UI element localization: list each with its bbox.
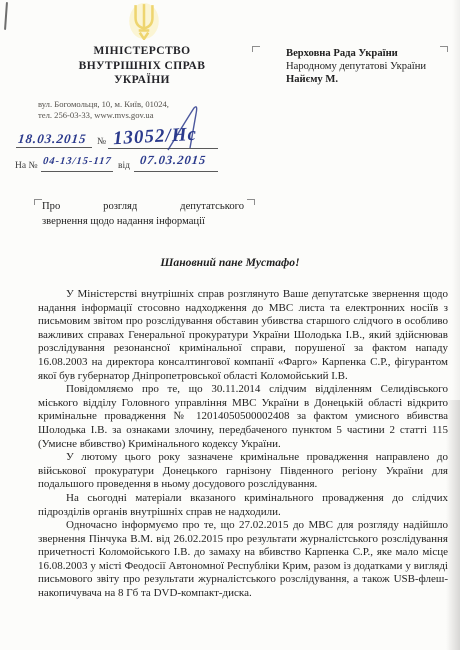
date-underline bbox=[16, 147, 92, 148]
subject-block: Про розгляд депутатського звернення щодо… bbox=[42, 200, 244, 229]
ministry-name-line3: УКРАЇНИ bbox=[52, 73, 232, 88]
handwritten-number-text: 13052/Нс bbox=[112, 124, 197, 149]
handwritten-incoming-number: 04-13/15-117 bbox=[42, 156, 112, 167]
handwritten-outgoing-number: 13052/Нс bbox=[112, 124, 197, 150]
scan-artifact-mark bbox=[4, 2, 8, 30]
body-paragraph-2: Повідомляємо про те, що 30.11.2014 слідч… bbox=[38, 383, 448, 451]
subject-line2: звернення щодо надання інформації bbox=[42, 215, 244, 230]
incoming-date-label: від bbox=[118, 161, 130, 171]
scan-edge-shadow-light bbox=[452, 0, 460, 400]
ministry-name-line2: ВНУТРІШНІХ СПРАВ bbox=[52, 59, 232, 74]
scan-edge-shadow bbox=[446, 400, 460, 650]
handwritten-incoming-date: 07.03.2015 bbox=[139, 153, 207, 168]
address-line2: тел. 256-03-33, www.mvs.gov.ua bbox=[38, 110, 169, 121]
body-paragraph-4: На сьогодні матеріали вказаного кримінал… bbox=[38, 492, 448, 519]
letter-body: У Міністерстві внутрішніх справ розгляну… bbox=[38, 288, 448, 601]
corner-mark-left bbox=[252, 46, 260, 52]
subject-corner-mark-right bbox=[247, 199, 255, 205]
recipient-name: Найєму М. bbox=[286, 73, 446, 86]
subject-corner-mark-left bbox=[34, 199, 42, 205]
number-label: № bbox=[97, 137, 106, 147]
recipient-role: Народному депутатові України bbox=[286, 60, 446, 73]
body-paragraph-1: У Міністерстві внутрішніх справ розгляну… bbox=[38, 288, 448, 383]
recipient-block: Верховна Рада України Народному депутато… bbox=[286, 47, 446, 87]
incoming-number-underline bbox=[41, 171, 113, 172]
recipient-org: Верховна Рада України bbox=[286, 47, 446, 60]
body-paragraph-5: Одночасно інформуємо про те, що 27.02.20… bbox=[38, 519, 448, 601]
subject-line1: Про розгляд депутатського bbox=[42, 200, 244, 215]
address-line1: вул. Богомольця, 10, м. Київ, 01024, bbox=[38, 99, 169, 110]
incoming-label: На № bbox=[15, 161, 38, 171]
body-paragraph-3: У лютому цього року зазначене кримінальн… bbox=[38, 451, 448, 492]
ministry-address: вул. Богомольця, 10, м. Київ, 01024, тел… bbox=[38, 99, 169, 121]
ministry-name-line1: МІНІСТЕРСТВО bbox=[52, 44, 232, 59]
scanned-letter-page: МІНІСТЕРСТВО ВНУТРІШНІХ СПРАВ УКРАЇНИ ву… bbox=[0, 0, 460, 650]
incoming-date-underline bbox=[134, 171, 218, 172]
ministry-name: МІНІСТЕРСТВО ВНУТРІШНІХ СПРАВ УКРАЇНИ bbox=[52, 44, 232, 88]
ukraine-trident-emblem-icon bbox=[126, 2, 162, 40]
handwritten-outgoing-date: 18.03.2015 bbox=[17, 131, 87, 147]
salutation: Шановний пане Мустафо! bbox=[0, 256, 460, 269]
